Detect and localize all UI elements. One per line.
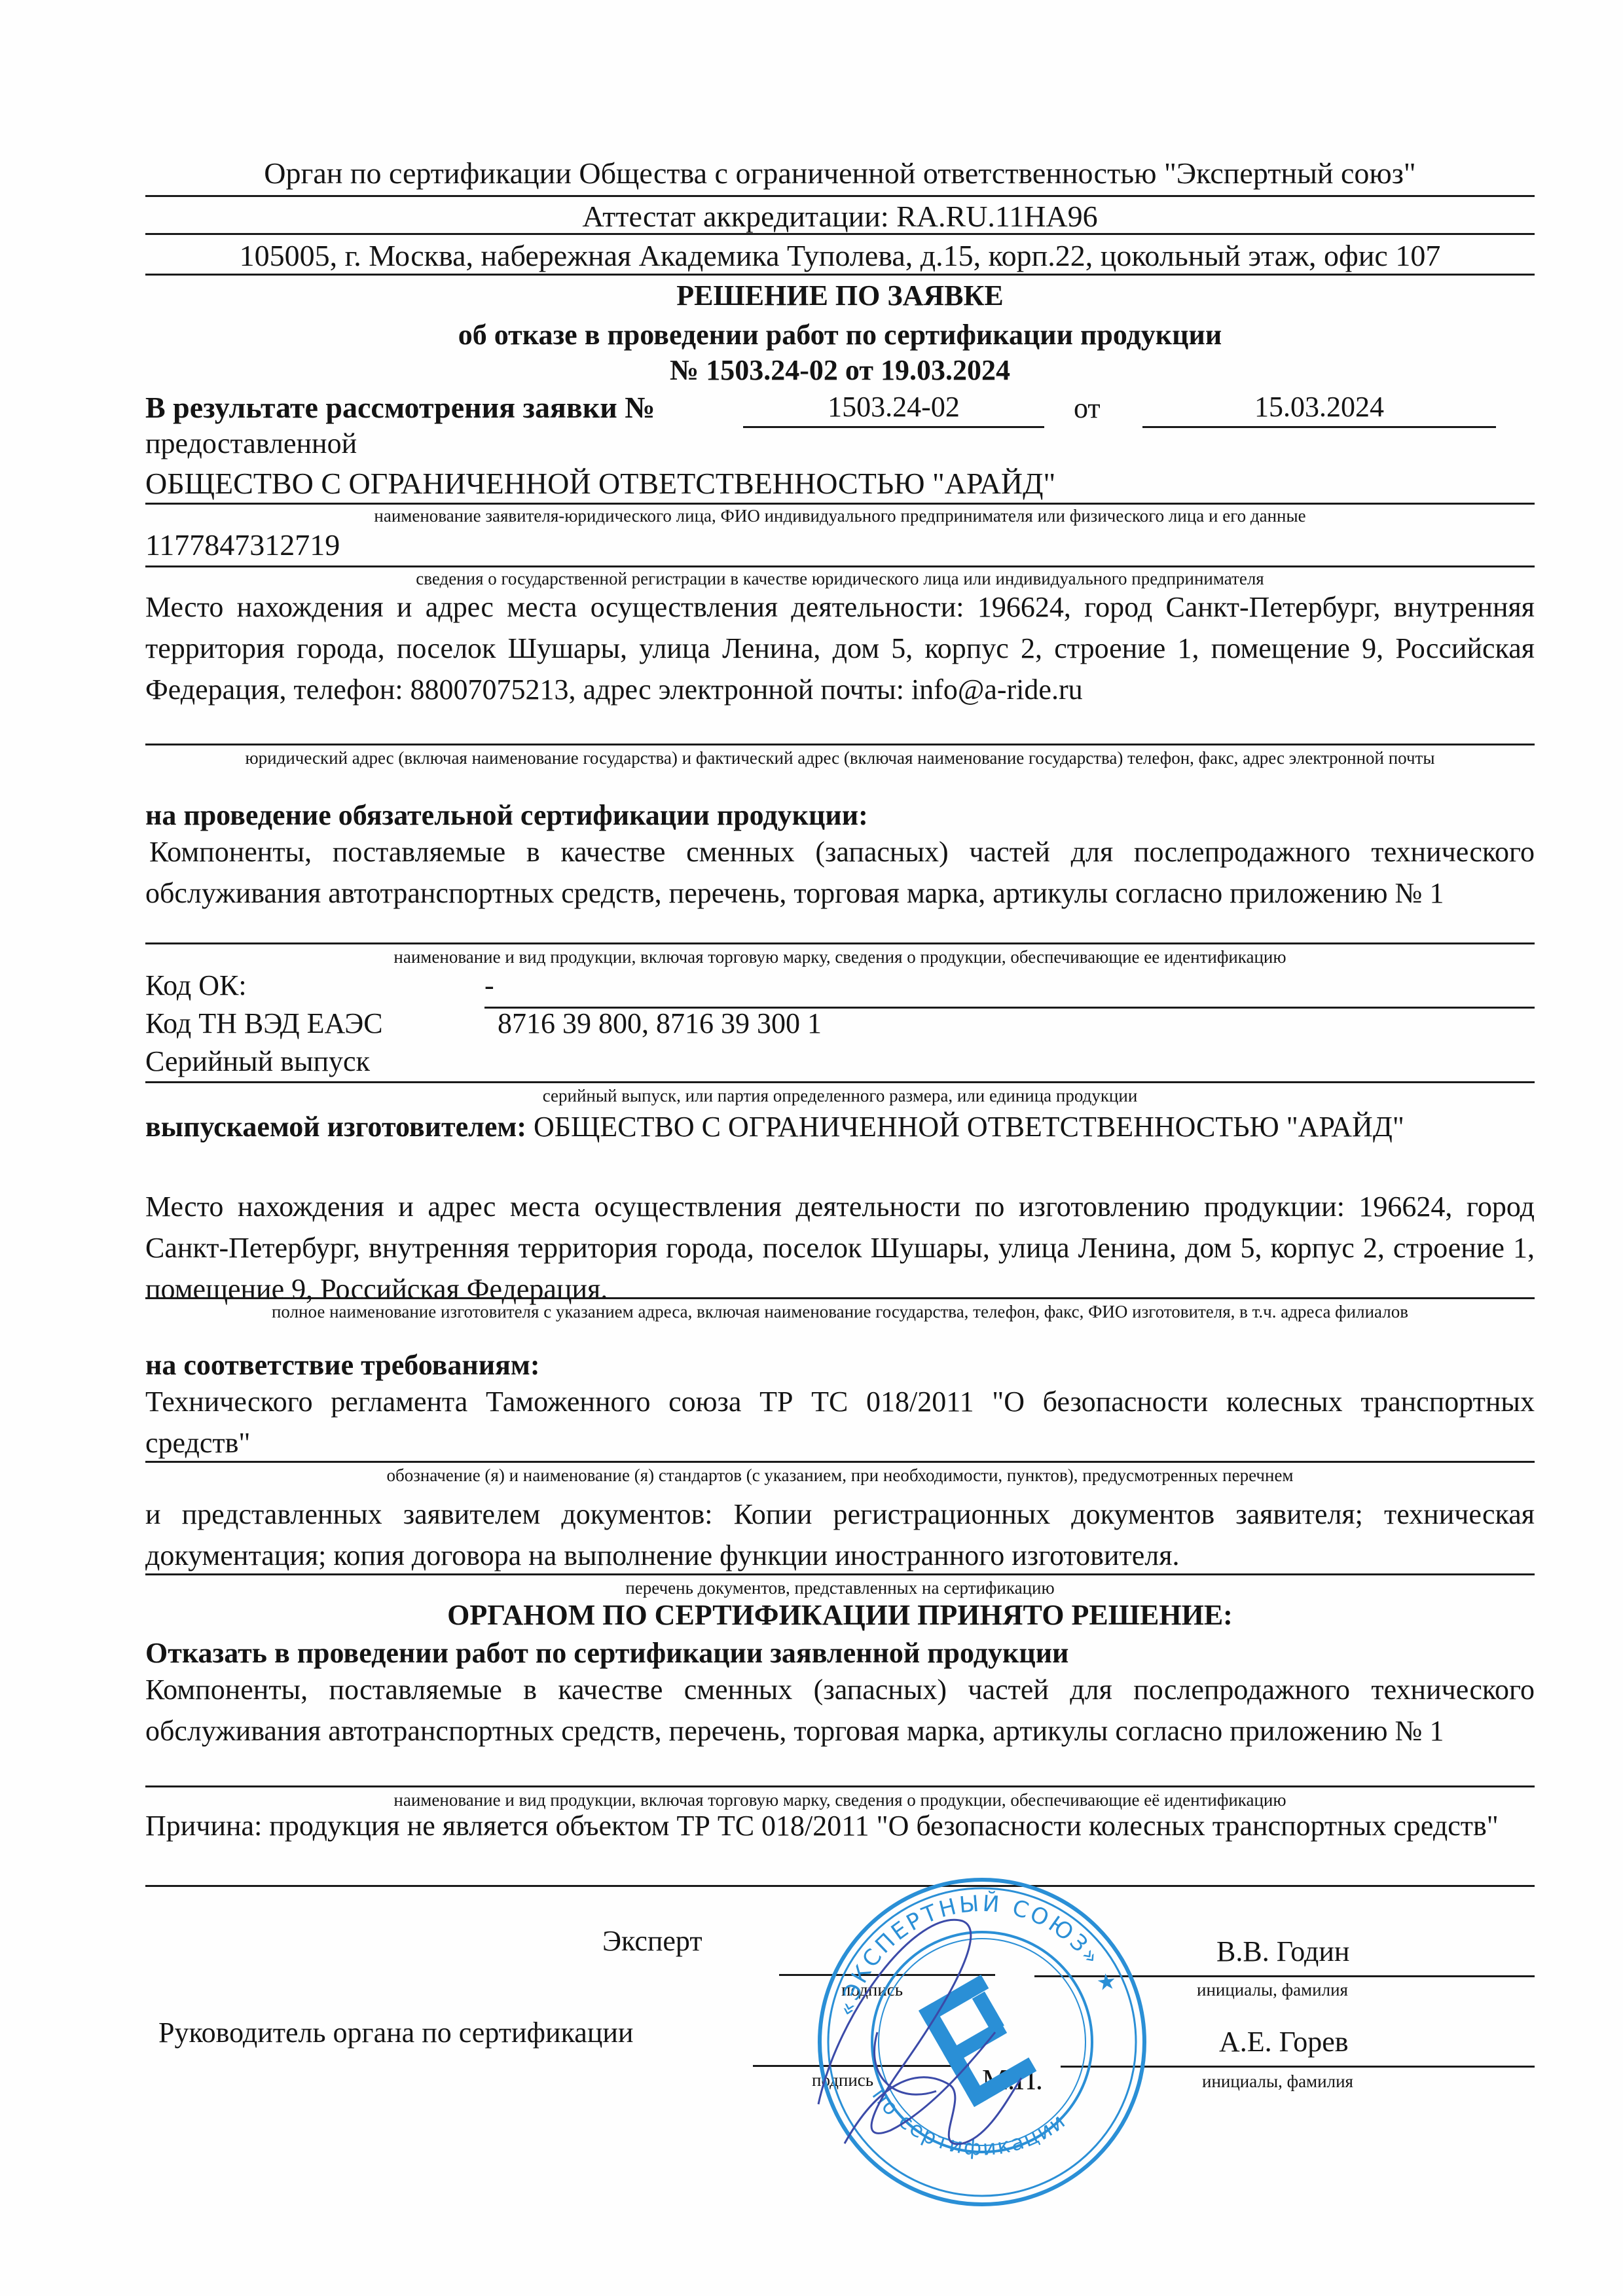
decision-product-rule bbox=[145, 1785, 1535, 1787]
applicant-address-caption: юридический адрес (включая наименование … bbox=[145, 746, 1535, 770]
tnved-value: 8716 39 800, 8716 39 300 1 bbox=[498, 1003, 822, 1045]
product-heading: на проведение обязательной сертификации … bbox=[145, 795, 868, 836]
applicant-name-caption: наименование заявителя-юридического лица… bbox=[145, 504, 1535, 528]
manufacturer-name: ОБЩЕСТВО С ОГРАНИЧЕННОЙ ОТВЕТСТВЕННОСТЬЮ… bbox=[534, 1111, 1404, 1143]
application-from-label: от bbox=[1074, 387, 1101, 429]
manufacturer-caption: полное наименование изготовителя с указа… bbox=[145, 1300, 1535, 1323]
application-number-rule bbox=[743, 426, 1044, 428]
expert-label: Эксперт bbox=[602, 1920, 702, 1962]
decision-heading: ОРГАНОМ ПО СЕРТИФИКАЦИИ ПРИНЯТО РЕШЕНИЕ: bbox=[145, 1594, 1535, 1636]
decision-reason: Причина: продукция не является объектом … bbox=[145, 1805, 1535, 1846]
manufacturer-address: Место нахождения и адрес места осуществл… bbox=[145, 1186, 1535, 1310]
requirements-text: Технического регламента Таможенного союз… bbox=[145, 1381, 1535, 1463]
ok-code-label: Код ОК: bbox=[145, 965, 247, 1007]
ok-code-value: - bbox=[484, 965, 494, 1007]
serial-label: Серийный выпуск bbox=[145, 1041, 370, 1083]
serial-rule bbox=[145, 1081, 1535, 1083]
certification-body-stamp-icon: «ЭКСПЕРТНЫЙ СОЮЗ» ★ по сертификации bbox=[799, 1869, 1165, 2215]
application-date-rule bbox=[1142, 426, 1496, 428]
head-name: А.Е. Горев bbox=[1219, 2021, 1349, 2063]
tnved-label: Код ТН ВЭД ЕАЭС bbox=[145, 1003, 383, 1045]
head-label: Руководитель органа по сертификации bbox=[158, 2012, 633, 2054]
expert-name-caption: инициалы, фамилия bbox=[1197, 1978, 1348, 2001]
applicant-name: ОБЩЕСТВО С ОГРАНИЧЕННОЙ ОТВЕТСТВЕННОСТЬЮ… bbox=[145, 462, 1055, 505]
manufacturer-label: выпускаемой изготовителем: bbox=[145, 1111, 526, 1143]
application-number: 1503.24-02 bbox=[743, 386, 1044, 428]
decision-verdict: Отказать в проведении работ по сертифика… bbox=[145, 1632, 1068, 1674]
document-number: № 1503.24-02 от 19.03.2024 bbox=[145, 350, 1535, 391]
requirements-caption: обозначение (я) и наименование (я) станд… bbox=[145, 1463, 1535, 1487]
product-description-rule bbox=[145, 942, 1535, 944]
requirements-heading: на соответствие требованиям: bbox=[145, 1344, 540, 1386]
decision-product: Компоненты, поставляемые в качестве смен… bbox=[145, 1669, 1535, 1751]
provided-label: предоставленной bbox=[145, 423, 357, 465]
serial-caption: серийный выпуск, или партия определенног… bbox=[145, 1084, 1535, 1107]
manufacturer-rule bbox=[145, 1297, 1535, 1299]
application-date: 15.03.2024 bbox=[1142, 386, 1496, 428]
documents-text: и представленных заявителем документов: … bbox=[145, 1494, 1535, 1576]
applicant-address-rule bbox=[145, 744, 1535, 745]
document-title: РЕШЕНИЕ ПО ЗАЯВКЕ bbox=[145, 275, 1535, 317]
applicant-address: Место нахождения и адрес места осуществл… bbox=[145, 586, 1535, 710]
certification-body-address: 105005, г. Москва, набережная Академика … bbox=[145, 234, 1535, 278]
product-description-caption: наименование и вид продукции, включая то… bbox=[145, 945, 1535, 969]
expert-name: В.В. Годин bbox=[1216, 1931, 1349, 1973]
certification-body-name: Орган по сертификации Общества с огранич… bbox=[145, 152, 1535, 195]
manufacturer-line: выпускаемой изготовителем: ОБЩЕСТВО С ОГ… bbox=[145, 1106, 1535, 1147]
head-name-caption: инициалы, фамилия bbox=[1202, 2070, 1353, 2093]
accreditation-line: Аттестат аккредитации: RA.RU.11НА96 bbox=[145, 195, 1535, 238]
product-description: Компоненты, поставляемые в качестве смен… bbox=[145, 831, 1535, 914]
requirements-rule bbox=[145, 1461, 1535, 1463]
documents-rule bbox=[145, 1573, 1535, 1575]
document-page: Орган по сертификации Общества с огранич… bbox=[0, 0, 1623, 2296]
applicant-ogrn: 1177847312719 bbox=[145, 524, 340, 567]
